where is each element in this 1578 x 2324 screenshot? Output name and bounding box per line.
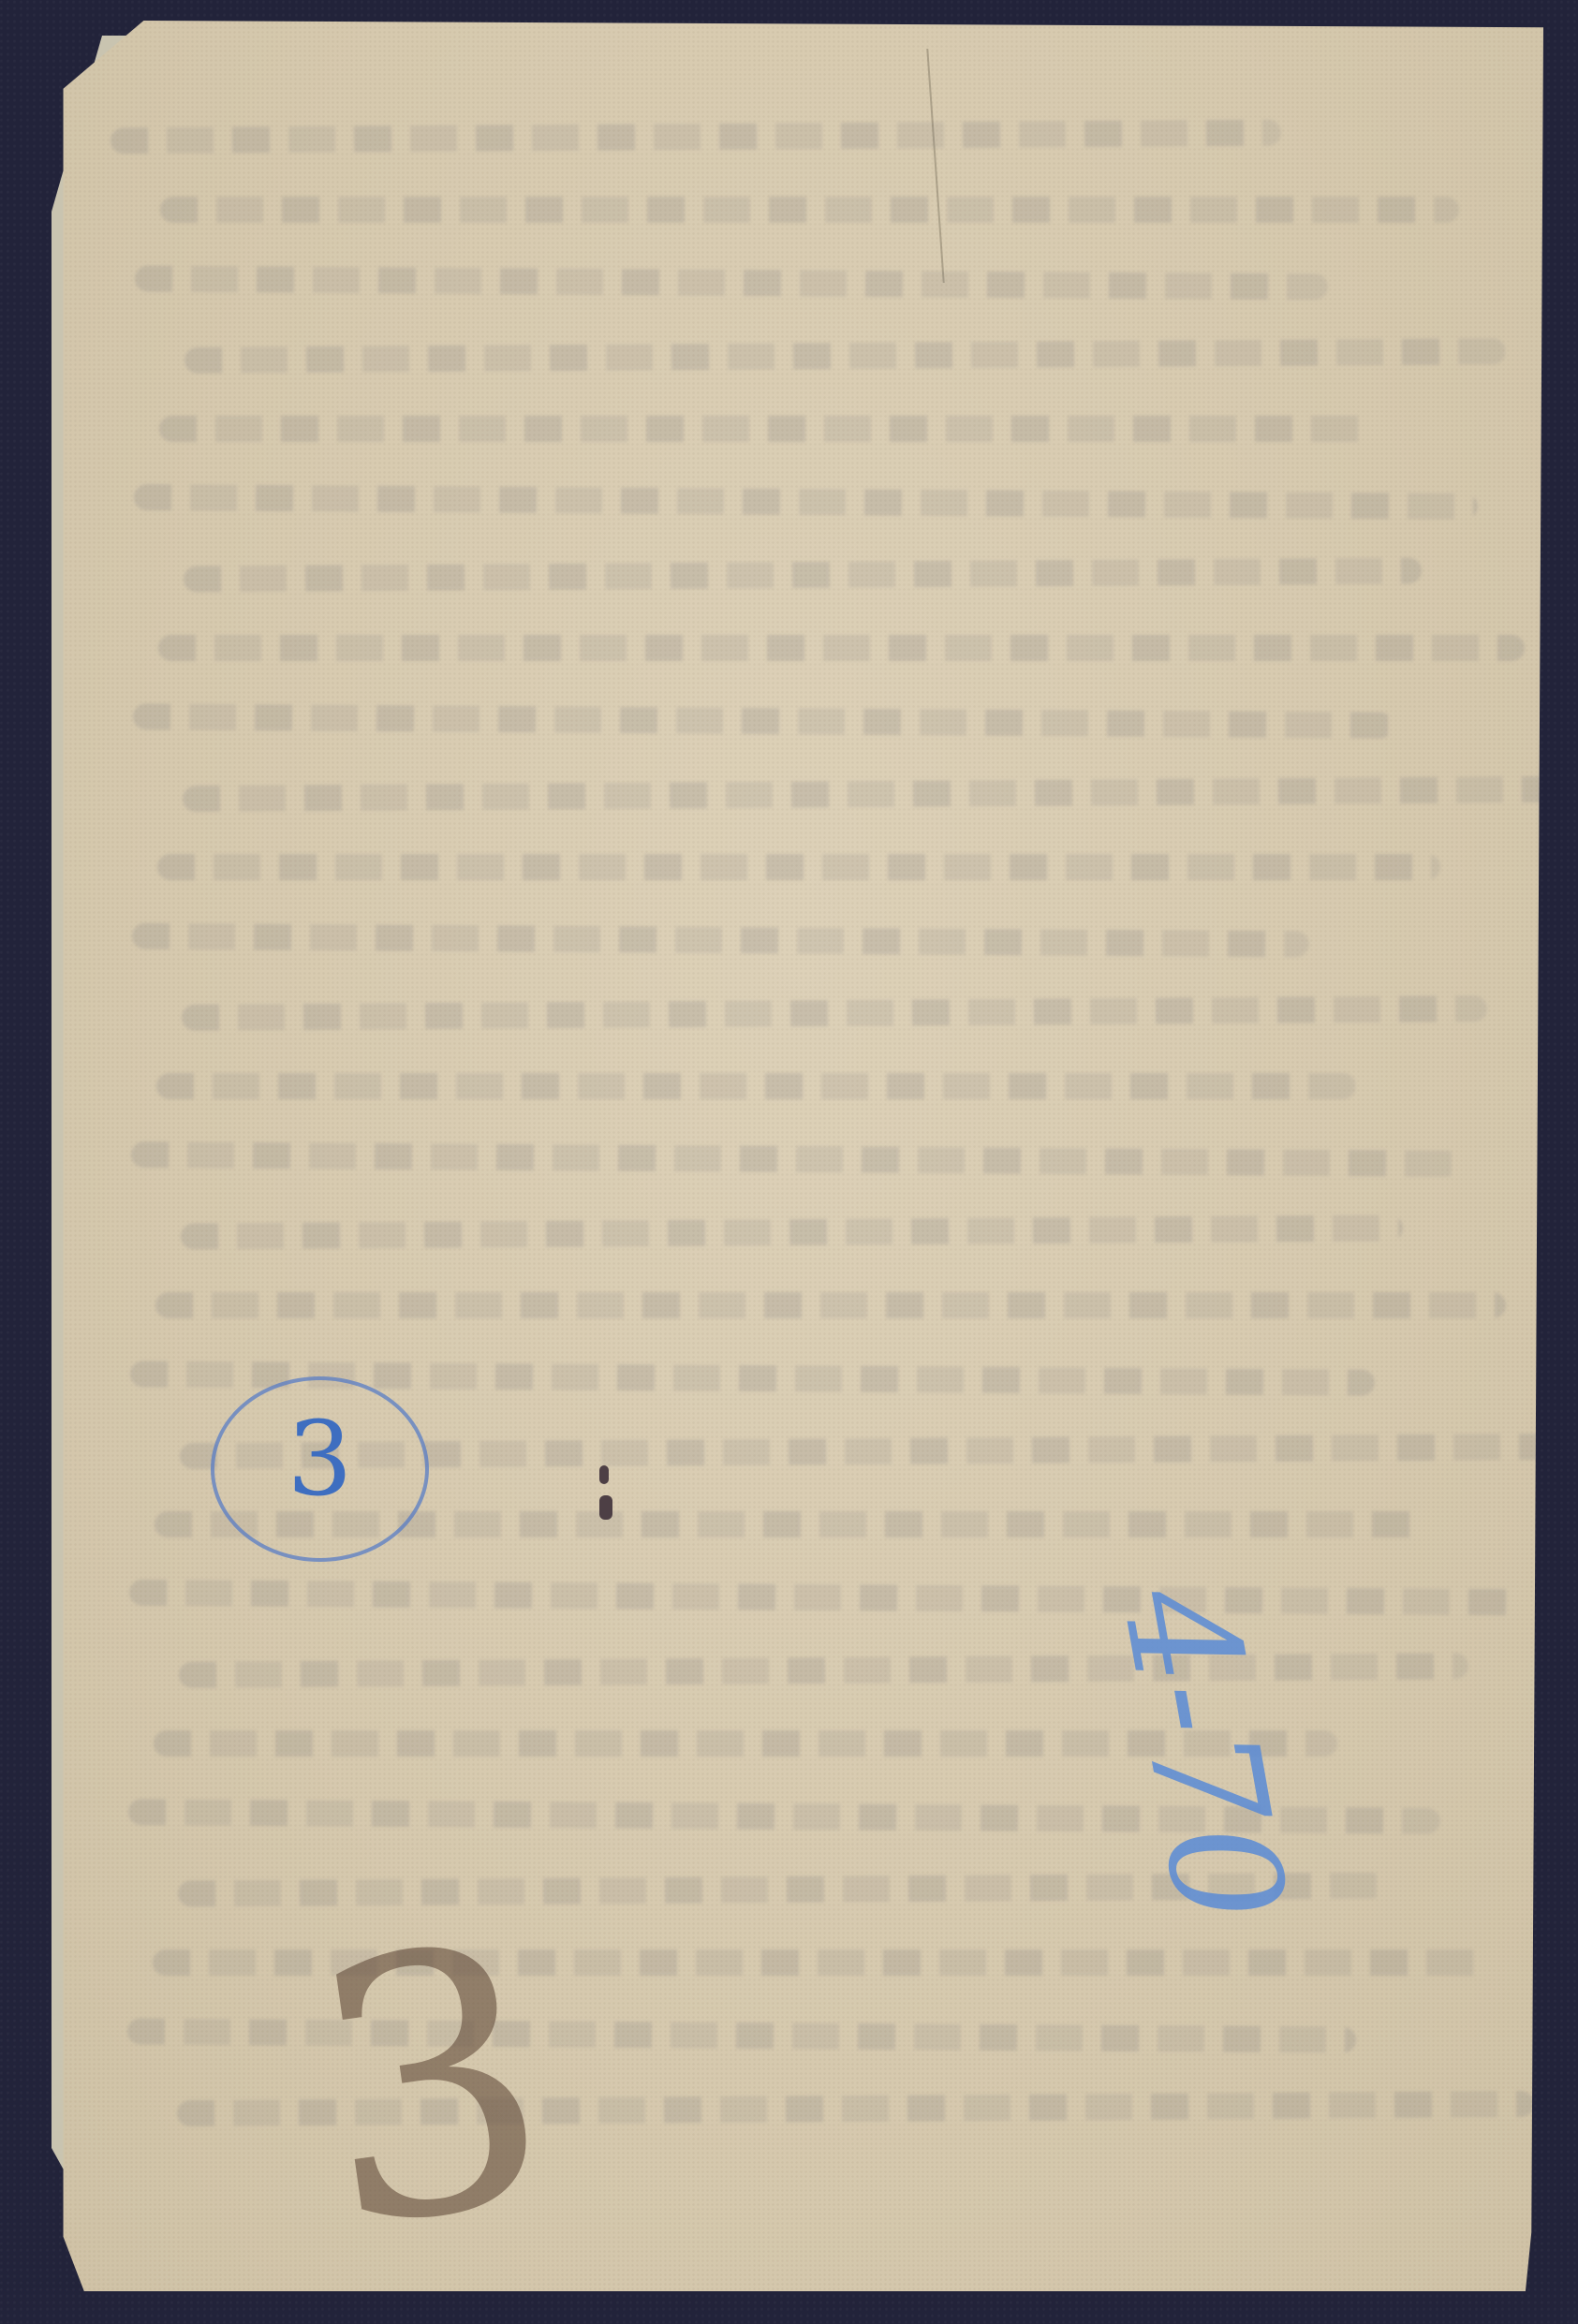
paper-tear [926,49,950,283]
bleed-through-line [182,995,1487,1031]
bleed-through-line [157,854,1440,880]
bleed-through-line [129,1580,1525,1615]
bleed-through-line [184,557,1422,592]
bleed-through-line [111,120,1281,154]
bleed-through-line [134,484,1478,520]
bleed-through-line [160,197,1459,223]
bleed-through-line [155,1292,1506,1318]
circled-number-text: 3 [214,1399,425,1519]
bleed-through-line [131,1141,1459,1177]
ink-spot [599,1465,612,1522]
bleed-through-line [184,338,1506,374]
bleed-through-line [132,923,1309,958]
bleed-through-line [181,1214,1403,1249]
manuscript-page [54,21,1543,2291]
bleed-through-line [183,776,1571,812]
circled-page-number: 3 [211,1376,429,1562]
bleed-through-line [159,416,1375,442]
bleed-through-line [156,1073,1356,1099]
bleed-through-line [133,703,1394,738]
bleed-through-line [158,635,1525,661]
bleed-through-line [135,266,1328,301]
